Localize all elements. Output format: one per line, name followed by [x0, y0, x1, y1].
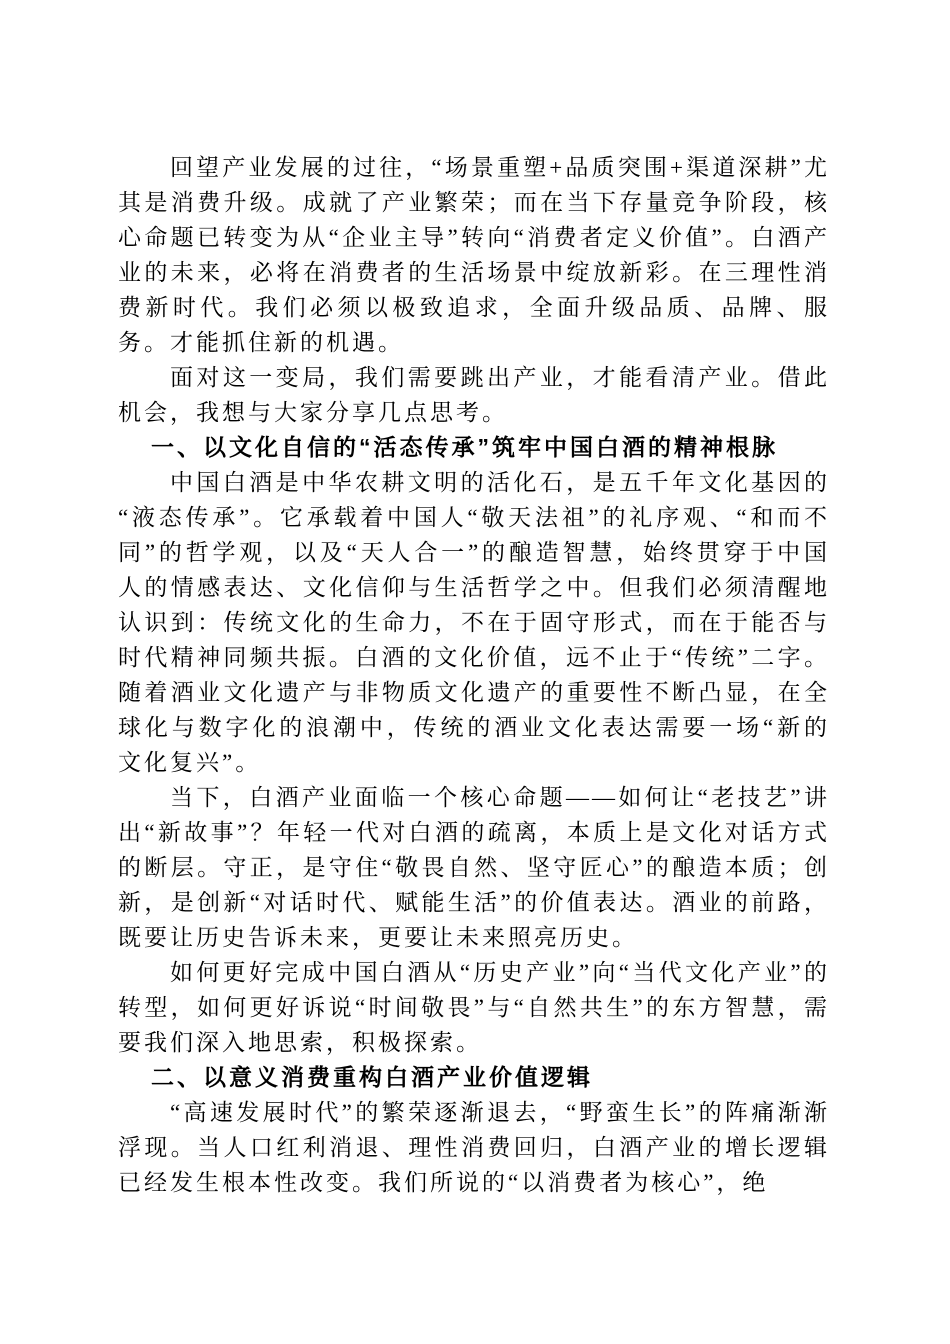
document-body: 回望产业发展的过往，“场景重塑+品质突围+渠道深耕”尤其是消费升级。成就了产业繁…	[118, 150, 830, 1200]
body-paragraph: 回望产业发展的过往，“场景重塑+品质突围+渠道深耕”尤其是消费升级。成就了产业繁…	[118, 150, 830, 360]
document-page: 回望产业发展的过往，“场景重塑+品质突围+渠道深耕”尤其是消费升级。成就了产业繁…	[0, 0, 950, 1344]
body-paragraph: 如何更好完成中国白酒从“历史产业”向“当代文化产业”的转型，如何更好诉说“时间敬…	[118, 955, 830, 1060]
body-paragraph: 当下，白酒产业面临一个核心命题——如何让“老技艺”讲出“新故事”？年轻一代对白酒…	[118, 780, 830, 955]
body-paragraph: 中国白酒是中华农耕文明的活化石，是五千年文化基因的“液态传承”。它承载着中国人“…	[118, 465, 830, 780]
body-paragraph: “高速发展时代”的繁荣逐渐退去，“野蛮生长”的阵痛渐渐浮现。当人口红利消退、理性…	[118, 1095, 830, 1200]
section-heading: 二、以意义消费重构白酒产业价值逻辑	[118, 1060, 830, 1095]
body-paragraph: 面对这一变局，我们需要跳出产业，才能看清产业。借此机会，我想与大家分享几点思考。	[118, 360, 830, 430]
section-heading: 一、以文化自信的“活态传承”筑牢中国白酒的精神根脉	[118, 430, 830, 465]
